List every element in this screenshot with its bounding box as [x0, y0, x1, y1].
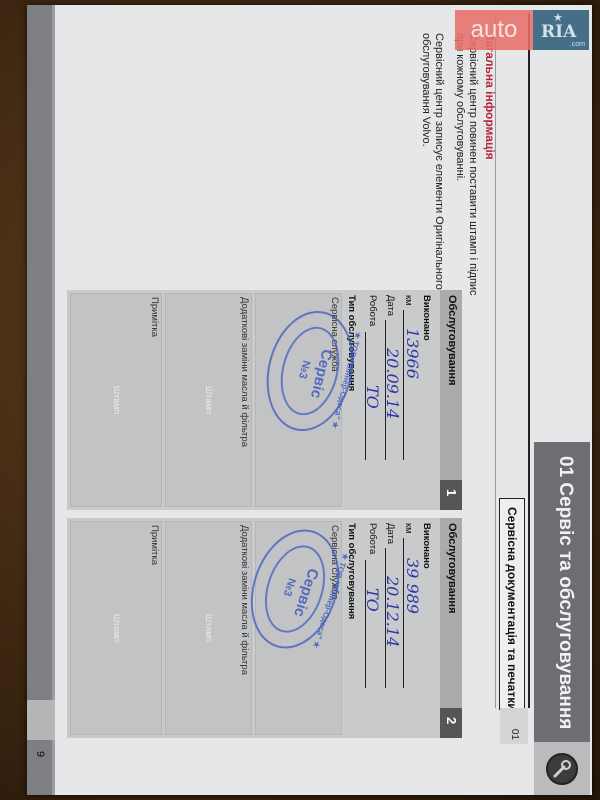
card-header: Обслуговування — [440, 518, 462, 738]
stamp-placeholder: Штамп — [112, 522, 122, 734]
info-paragraph: Сервісний центр записує елементи Оригіна… — [419, 33, 445, 303]
booklet-page: 9 01 Сервіс та обслуговування Сервісна д… — [27, 5, 592, 795]
date-value: 20.12.14 — [383, 576, 402, 647]
watermark-auto: auto — [455, 10, 533, 50]
card-title: Обслуговування — [446, 523, 458, 614]
card-number: 1 — [444, 489, 459, 496]
stamp-placeholder: Штамп — [205, 294, 215, 506]
bottom-strip — [27, 5, 55, 795]
stamp-placeholder: Штамп — [112, 294, 122, 506]
km-label: км — [403, 295, 414, 306]
done-label: Виконано — [421, 523, 432, 569]
watermark-ria-text: RIA — [541, 22, 576, 42]
page-number-box — [27, 700, 55, 740]
chapter-title: 01 Сервіс та обслуговування — [554, 456, 576, 729]
stamp-placeholder: Штамп — [205, 522, 215, 734]
note-box-label: Примітка — [149, 525, 160, 565]
section-number-box: 01 — [500, 708, 528, 744]
section-title-box: Сервісна документація та печатки — [499, 498, 525, 710]
watermark-domain: .com — [570, 41, 585, 48]
oil-box-label: Додаткові заміни масла й фільтра — [239, 525, 250, 675]
note-box: Примітка Штамп — [70, 521, 162, 735]
service-card-2: Обслуговування 2 Виконано км 39 989 Дата… — [67, 518, 462, 738]
km-label: км — [403, 523, 414, 534]
service-card-1: Обслуговування 1 Виконано км 13966 Дата … — [67, 290, 462, 510]
oil-box-label: Додаткові заміни масла й фільтра — [239, 297, 250, 447]
section-header: Сервісна документація та печатки — [495, 13, 530, 708]
work-value: ТО — [363, 588, 382, 612]
chapter-title-bar: 01 Сервіс та обслуговування — [534, 442, 590, 742]
section-title: Сервісна документація та печатки — [505, 507, 519, 711]
date-label: Дата — [385, 523, 396, 544]
info-paragraph: Сервісний центр повинен поставити штамп … — [453, 33, 479, 303]
km-value: 13966 — [403, 328, 422, 379]
date-label: Дата — [385, 295, 396, 316]
work-line — [365, 560, 366, 688]
oil-change-box: Додаткові заміни масла й фільтра Штамп — [165, 521, 252, 735]
autoria-watermark: auto ★ RIA .com — [455, 10, 589, 50]
card-number: 2 — [444, 717, 459, 724]
rotated-page: 9 01 Сервіс та обслуговування Сервісна д… — [0, 0, 600, 800]
note-box-label: Примітка — [149, 297, 160, 337]
work-label: Робота — [367, 295, 378, 326]
card-number-badge: 2 — [440, 708, 462, 738]
work-label: Робота — [367, 523, 378, 554]
watermark-ria: ★ RIA .com — [533, 10, 589, 50]
section-number: 01 — [509, 729, 520, 740]
km-value: 39 989 — [403, 558, 422, 614]
page-number: 9 — [34, 751, 46, 757]
info-heading: Загальна інформація — [483, 33, 497, 303]
oil-change-box: Додаткові заміни масла й фільтра Штамп — [165, 293, 252, 507]
date-value: 20.09.14 — [383, 348, 402, 419]
work-value: ТО — [363, 385, 382, 409]
card-number-badge: 1 — [440, 480, 462, 510]
general-info: Загальна інформація Сервісний центр пови… — [411, 33, 497, 303]
wrench-icon — [546, 753, 578, 785]
card-title: Обслуговування — [446, 295, 458, 386]
card-header: Обслуговування — [440, 290, 462, 510]
done-label: Виконано — [421, 295, 432, 341]
chapter-icon-box — [534, 742, 590, 795]
type-label: Тип обслуговування — [346, 523, 357, 619]
note-box: Примітка Штамп — [70, 293, 162, 507]
